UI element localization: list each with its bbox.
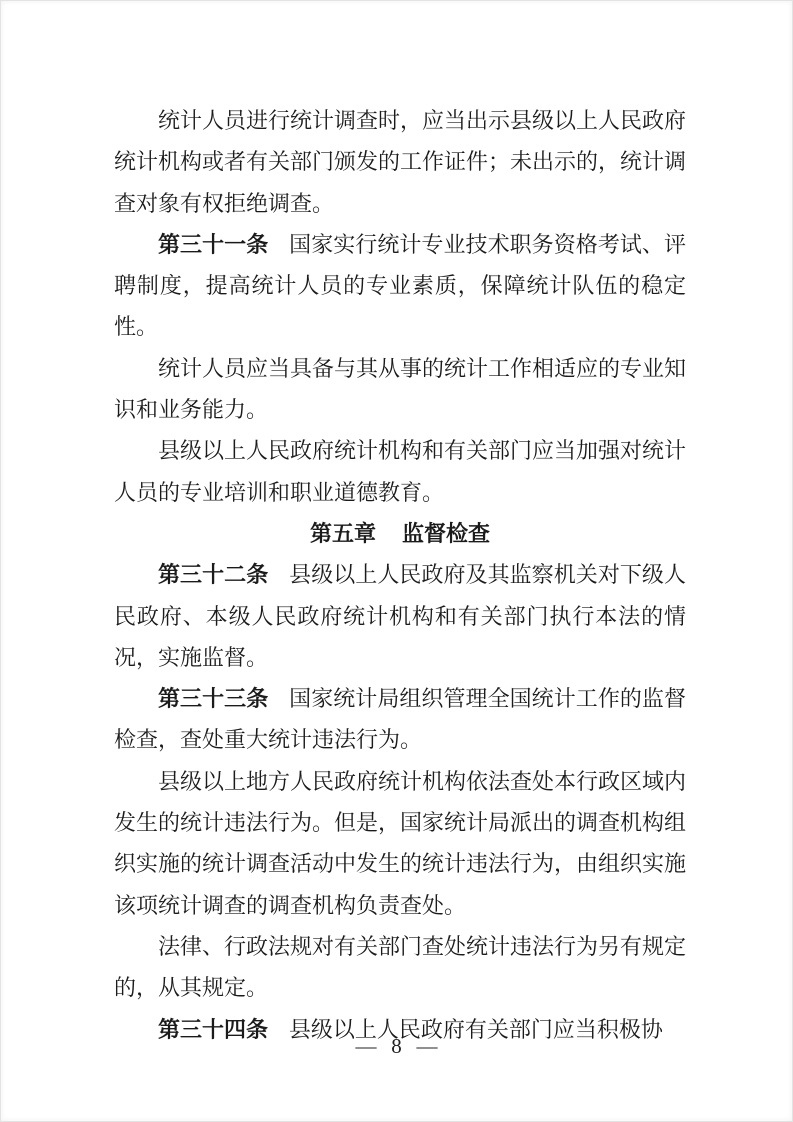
article-number: 第三十二条 [158, 562, 268, 587]
body-paragraph: 县级以上人民政府统计机构和有关部门应当加强对统计人员的专业培训和职业道德教育。 [114, 430, 686, 513]
article-paragraph: 第三十一条国家实行统计专业技术职务资格考试、评聘制度，提高统计人员的专业素质，保… [114, 224, 686, 348]
body-paragraph: 法律、行政法规对有关部门查处统计违法行为另有规定的，从其规定。 [114, 926, 686, 1009]
chapter-heading: 第五章 监督检查 [114, 513, 686, 554]
article-paragraph: 第三十三条国家统计局组织管理全国统计工作的监督检查，查处重大统计违法行为。 [114, 678, 686, 761]
document-body: 统计人员进行统计调查时，应当出示县级以上人民政府统计机构或者有关部门颁发的工作证… [114, 100, 686, 1050]
document-page: 统计人员进行统计调查时，应当出示县级以上人民政府统计机构或者有关部门颁发的工作证… [0, 0, 793, 1122]
body-paragraph: 统计人员进行统计调查时，应当出示县级以上人民政府统计机构或者有关部门颁发的工作证… [114, 100, 686, 224]
body-paragraph: 县级以上地方人民政府统计机构依法查处本行政区域内发生的统计违法行为。但是，国家统… [114, 761, 686, 926]
body-paragraph: 统计人员应当具备与其从事的统计工作相适应的专业知识和业务能力。 [114, 348, 686, 431]
article-number: 第三十三条 [158, 686, 268, 711]
page-number: — 8 — [1, 1034, 792, 1059]
article-paragraph: 第三十二条县级以上人民政府及其监察机关对下级人民政府、本级人民政府统计机构和有关… [114, 554, 686, 678]
article-number: 第三十一条 [158, 232, 268, 257]
